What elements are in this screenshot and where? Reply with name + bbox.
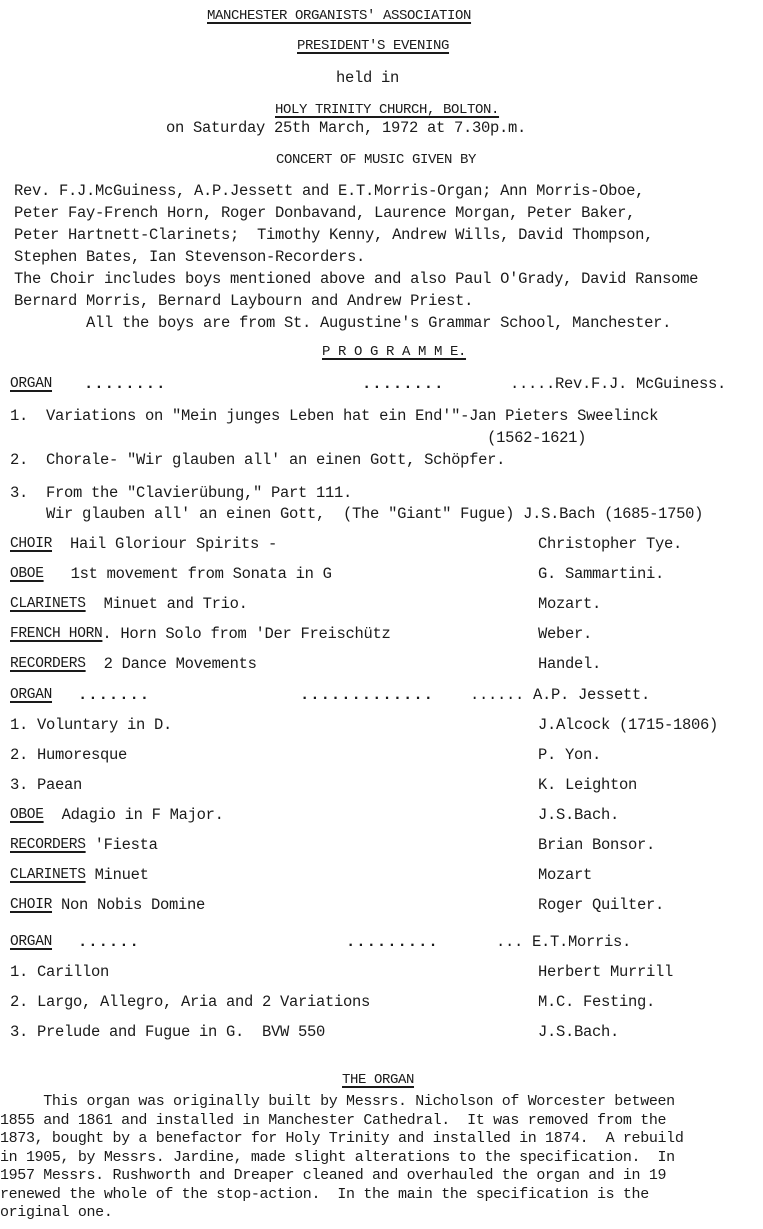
composer-name: M.C. Festing. (538, 993, 655, 1011)
event-heading: PRESIDENT'S EVENING (297, 37, 449, 55)
piece-title: 'Fiesta (86, 836, 158, 854)
performers-line: All the boys are from St. Augustine's Gr… (14, 314, 671, 332)
composer-name: Brian Bonsor. (538, 836, 655, 854)
piece-title: 2 Dance Movements (86, 655, 257, 673)
leader-dots: ....... (78, 686, 150, 704)
association-heading: MANCHESTER ORGANISTS' ASSOCIATION (207, 7, 471, 25)
piece-title: 1. Voluntary in D. (10, 716, 172, 734)
performers-line: Peter Hartnett-Clarinets; Timothy Kenny,… (14, 226, 653, 244)
leader-dots: ...... (78, 933, 140, 951)
leader-dots: ........ (84, 375, 166, 393)
programme-item: 3. From the "Clavierübung," Part 111. (10, 484, 352, 502)
organist-name: .....Rev.F.J. McGuiness. (510, 375, 726, 393)
programme-item-dates: (1562-1621) (10, 429, 586, 447)
composer-name: J.S.Bach. (538, 806, 619, 824)
performers-line: Rev. F.J.McGuiness, A.P.Jessett and E.T.… (14, 182, 644, 200)
organist-name: ...... A.P. Jessett. (470, 686, 650, 704)
piece-title: 3. Prelude and Fugue in G. BVW 550 (10, 1023, 325, 1041)
piece-title: Adagio in F Major. (44, 806, 224, 824)
category-label: RECORDERS (10, 836, 86, 854)
composer-name: Mozart. (538, 595, 601, 613)
piece-title: Hail Gloriour Spirits - (52, 535, 277, 553)
venue-heading: HOLY TRINITY CHURCH, BOLTON. (275, 101, 499, 119)
composer-name: Mozart (538, 866, 592, 884)
category-label: ORGAN (10, 375, 52, 393)
leader-dots: ........ (362, 375, 444, 393)
composer-name: Weber. (538, 625, 592, 643)
category-label: CHOIR (10, 896, 52, 914)
performers-line: Stephen Bates, Ian Stevenson-Recorders. (14, 248, 365, 266)
performers-line: Bernard Morris, Bernard Laybourn and And… (14, 292, 473, 310)
piece-title: Minuet and Trio. (86, 595, 248, 613)
piece-title: 1. Carillon (10, 963, 109, 981)
category-label: ORGAN (10, 686, 52, 704)
held-in-text: held in (336, 69, 399, 87)
programme-heading: P R O G R A M M E. (322, 343, 466, 361)
concert-by-heading: CONCERT OF MUSIC GIVEN BY (276, 151, 476, 169)
category-label: CHOIR (10, 535, 52, 553)
performers-line: The Choir includes boys mentioned above … (14, 270, 698, 288)
composer-name: K. Leighton (538, 776, 637, 794)
composer-name: Herbert Murrill (538, 963, 673, 981)
composer-name: Roger Quilter. (538, 896, 664, 914)
category-label: FRENCH HORN (10, 625, 102, 643)
performers-line: Peter Fay-French Horn, Roger Donbavand, … (14, 204, 635, 222)
leader-dots: ............. (300, 686, 434, 704)
composer-name: Handel. (538, 655, 601, 673)
composer-name: P. Yon. (538, 746, 601, 764)
event-date: on Saturday 25th March, 1972 at 7.30p.m. (166, 119, 526, 137)
organ-history-heading: THE ORGAN (342, 1071, 414, 1089)
category-label: CLARINETS (10, 866, 86, 884)
piece-title: 1st movement from Sonata in G (44, 565, 332, 583)
category-label: OBOE (10, 565, 44, 583)
category-label: RECORDERS (10, 655, 86, 673)
programme-item: 1. Variations on "Mein junges Leben hat … (10, 407, 658, 425)
piece-title: 2. Humoresque (10, 746, 127, 764)
piece-title: Non Nobis Domine (52, 896, 205, 914)
leader-dots: ......... (346, 933, 439, 951)
piece-title: 2. Largo, Allegro, Aria and 2 Variations (10, 993, 370, 1011)
composer-name: Christopher Tye. (538, 535, 682, 553)
category-label: OBOE (10, 806, 44, 824)
organ-history-text: This organ was originally built by Messr… (0, 1093, 763, 1223)
programme-page: MANCHESTER ORGANISTS' ASSOCIATION PRESID… (0, 0, 763, 1229)
piece-title: . Horn Solo from 'Der Freischütz (102, 625, 390, 643)
category-label: ORGAN (10, 933, 52, 951)
piece-title: 3. Paean (10, 776, 82, 794)
piece-title: Minuet (86, 866, 149, 884)
composer-name: G. Sammartini. (538, 565, 664, 583)
organist-name: ... E.T.Morris. (496, 933, 631, 951)
programme-item: Wir glauben all' an einen Gott, (The "Gi… (10, 505, 703, 523)
composer-name: J.S.Bach. (538, 1023, 619, 1041)
composer-name: J.Alcock (1715-1806) (538, 716, 718, 734)
category-label: CLARINETS (10, 595, 86, 613)
programme-item: 2. Chorale- "Wir glauben all' an einen G… (10, 451, 505, 469)
